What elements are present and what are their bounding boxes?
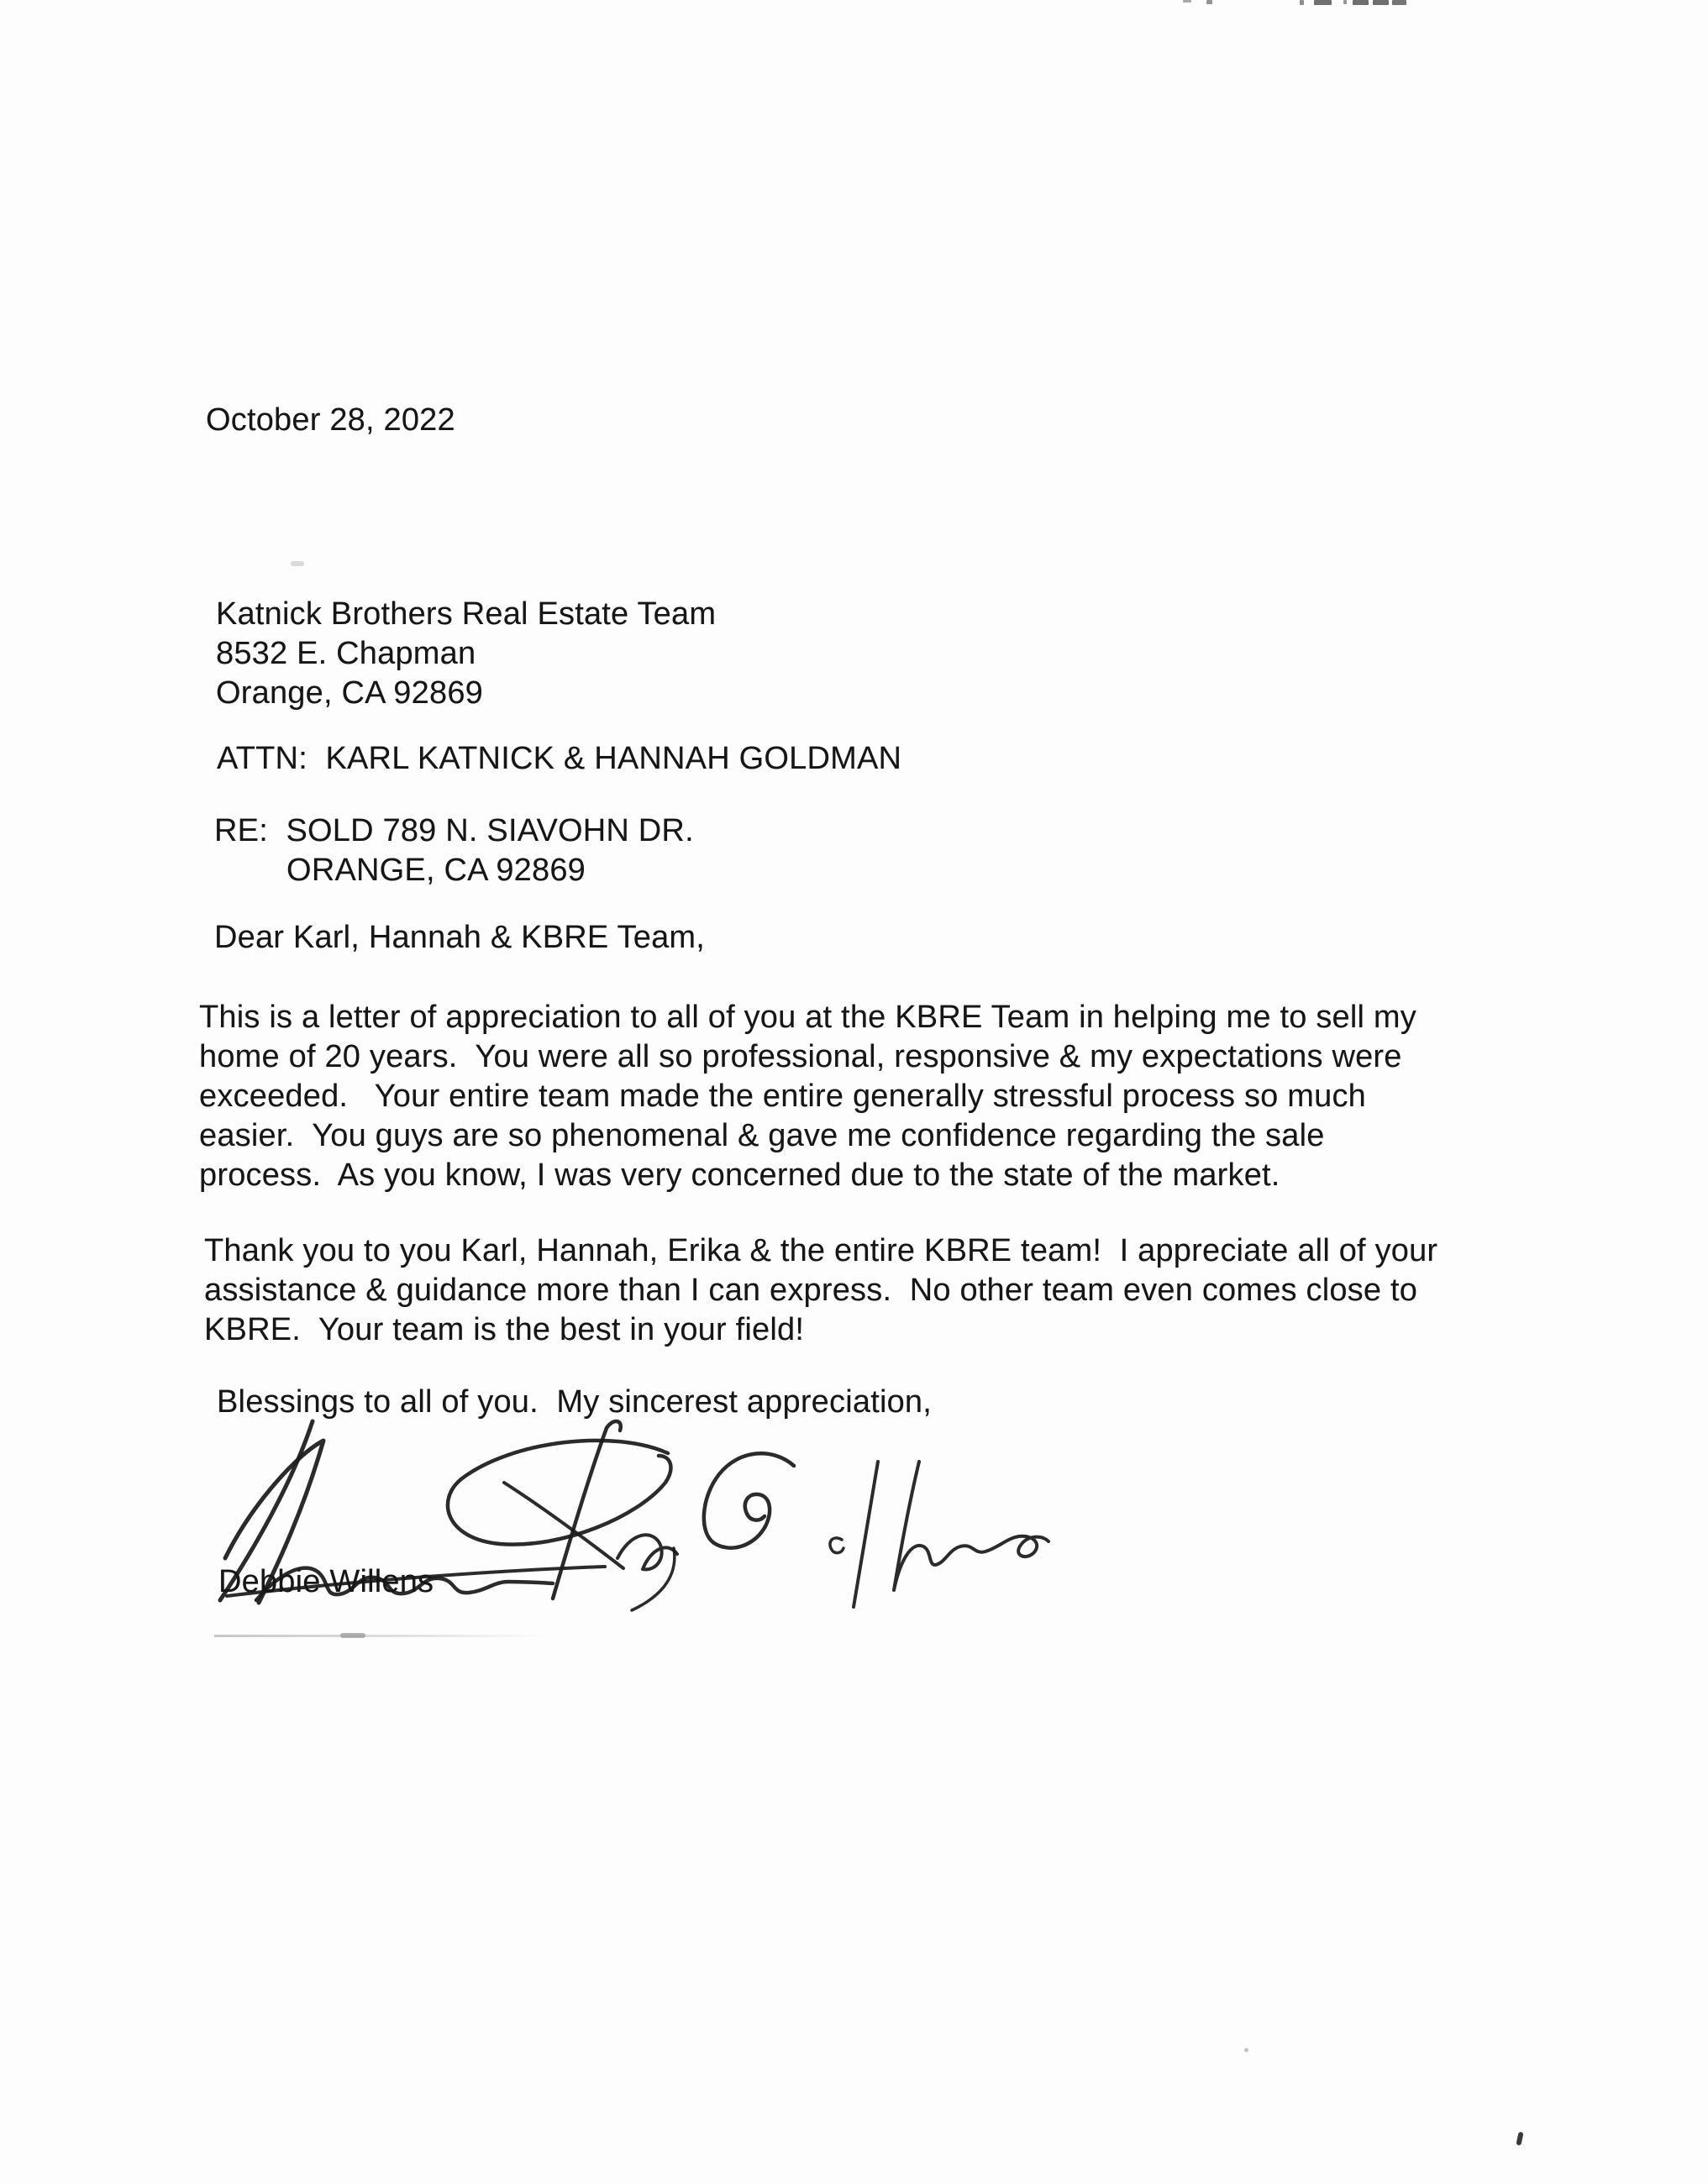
scan-edge-artifact-1 <box>1183 0 1191 3</box>
date-line: October 28, 2022 <box>206 401 455 440</box>
scan-underline-smudge <box>340 1633 365 1638</box>
attention-line: ATTN: KARL KATNICK & HANNAH GOLDMAN <box>217 739 901 779</box>
scan-edge-artifact-8 <box>1392 0 1406 5</box>
scan-edge-artifact-7 <box>1373 0 1389 5</box>
scan-edge-artifact-5 <box>1343 0 1347 4</box>
typed-name: Debbie Willens <box>218 1562 434 1602</box>
scan-edge-artifact-6 <box>1353 0 1369 5</box>
body-paragraph-2: Thank you to you Karl, Hannah, Erika & t… <box>204 1231 1437 1350</box>
scan-underline-artifact <box>214 1635 547 1637</box>
salutation: Dear Karl, Hannah & KBRE Team, <box>214 918 705 958</box>
scan-smudge-artifact <box>291 561 304 566</box>
recipient-address: Katnick Brothers Real Estate Team 8532 E… <box>216 595 716 713</box>
subject-line: RE: SOLD 789 N. SIAVOHN DR. ORANGE, CA 9… <box>214 811 694 890</box>
body-paragraph-1: This is a letter of appreciation to all … <box>199 998 1416 1195</box>
scan-edge-artifact-2 <box>1206 0 1212 4</box>
scan-edge-artifact-3 <box>1300 0 1304 5</box>
scan-speck-1 <box>1244 2048 1248 2052</box>
letter-page: October 28, 2022 Katnick Brothers Real E… <box>0 0 1708 2184</box>
scan-edge-artifact-4 <box>1314 0 1332 5</box>
scan-speck-2 <box>1516 2132 1523 2146</box>
